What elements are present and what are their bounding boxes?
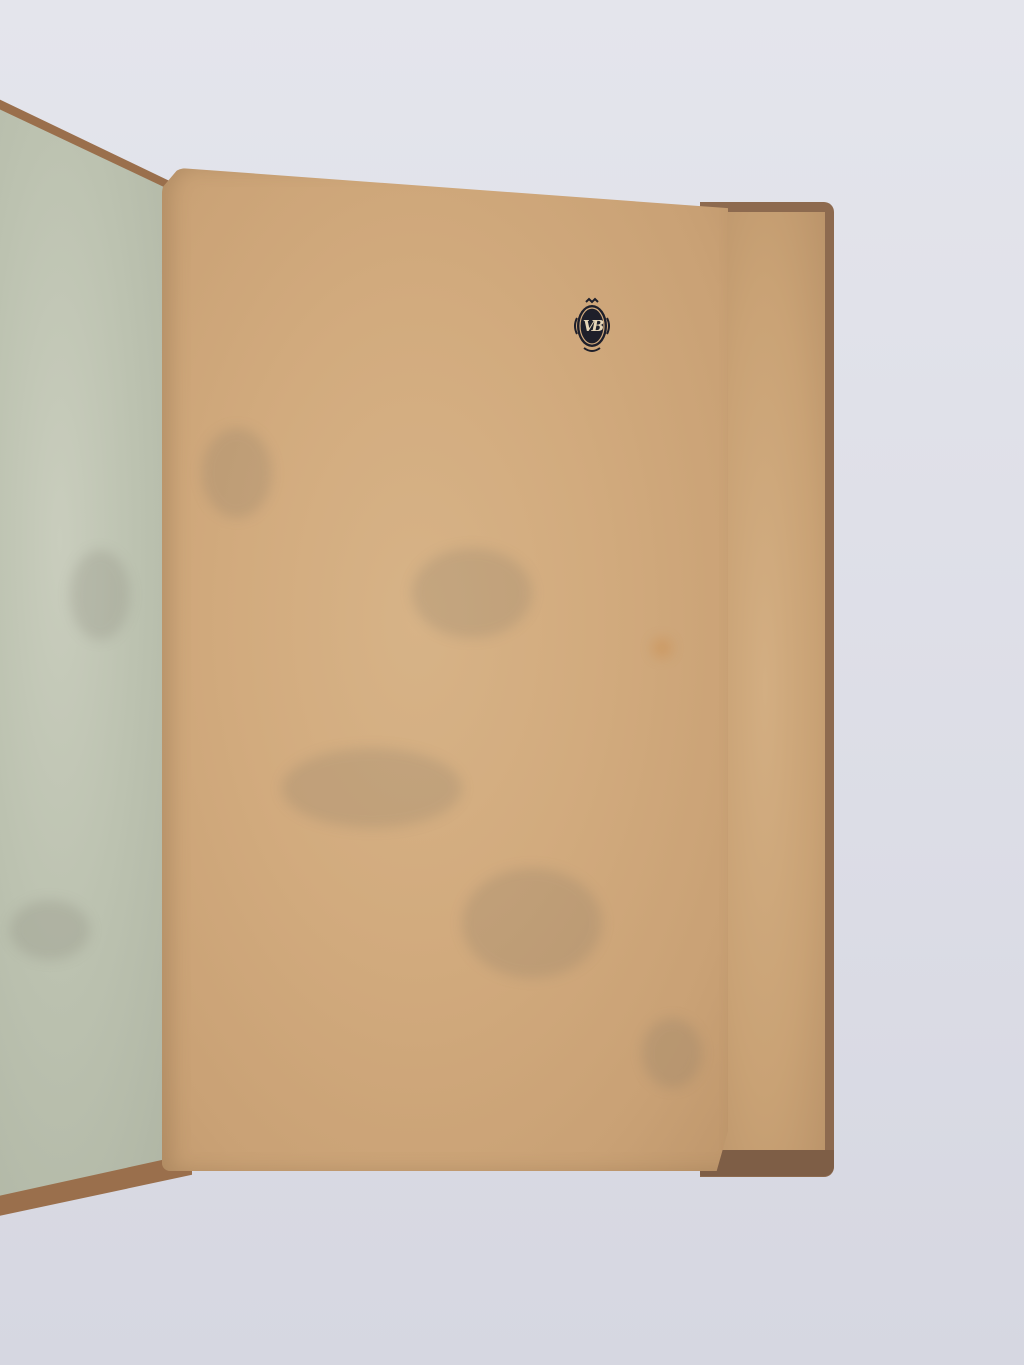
monogram-text: VB [572,296,612,356]
paper-stain [282,748,462,828]
paper-stain [202,428,272,518]
vb-monogram-emblem: VB [572,296,612,356]
paper-stain [462,868,602,978]
foxing-spot [652,638,672,658]
left-endpaper [0,100,180,1200]
front-page [162,168,728,1171]
paper-stain [642,1018,702,1088]
paper-stain [412,548,532,638]
paper-stain [10,900,90,960]
photo-scene: VB Open antique book showing blank endpa… [0,0,1024,1365]
paper-stain [70,550,130,640]
